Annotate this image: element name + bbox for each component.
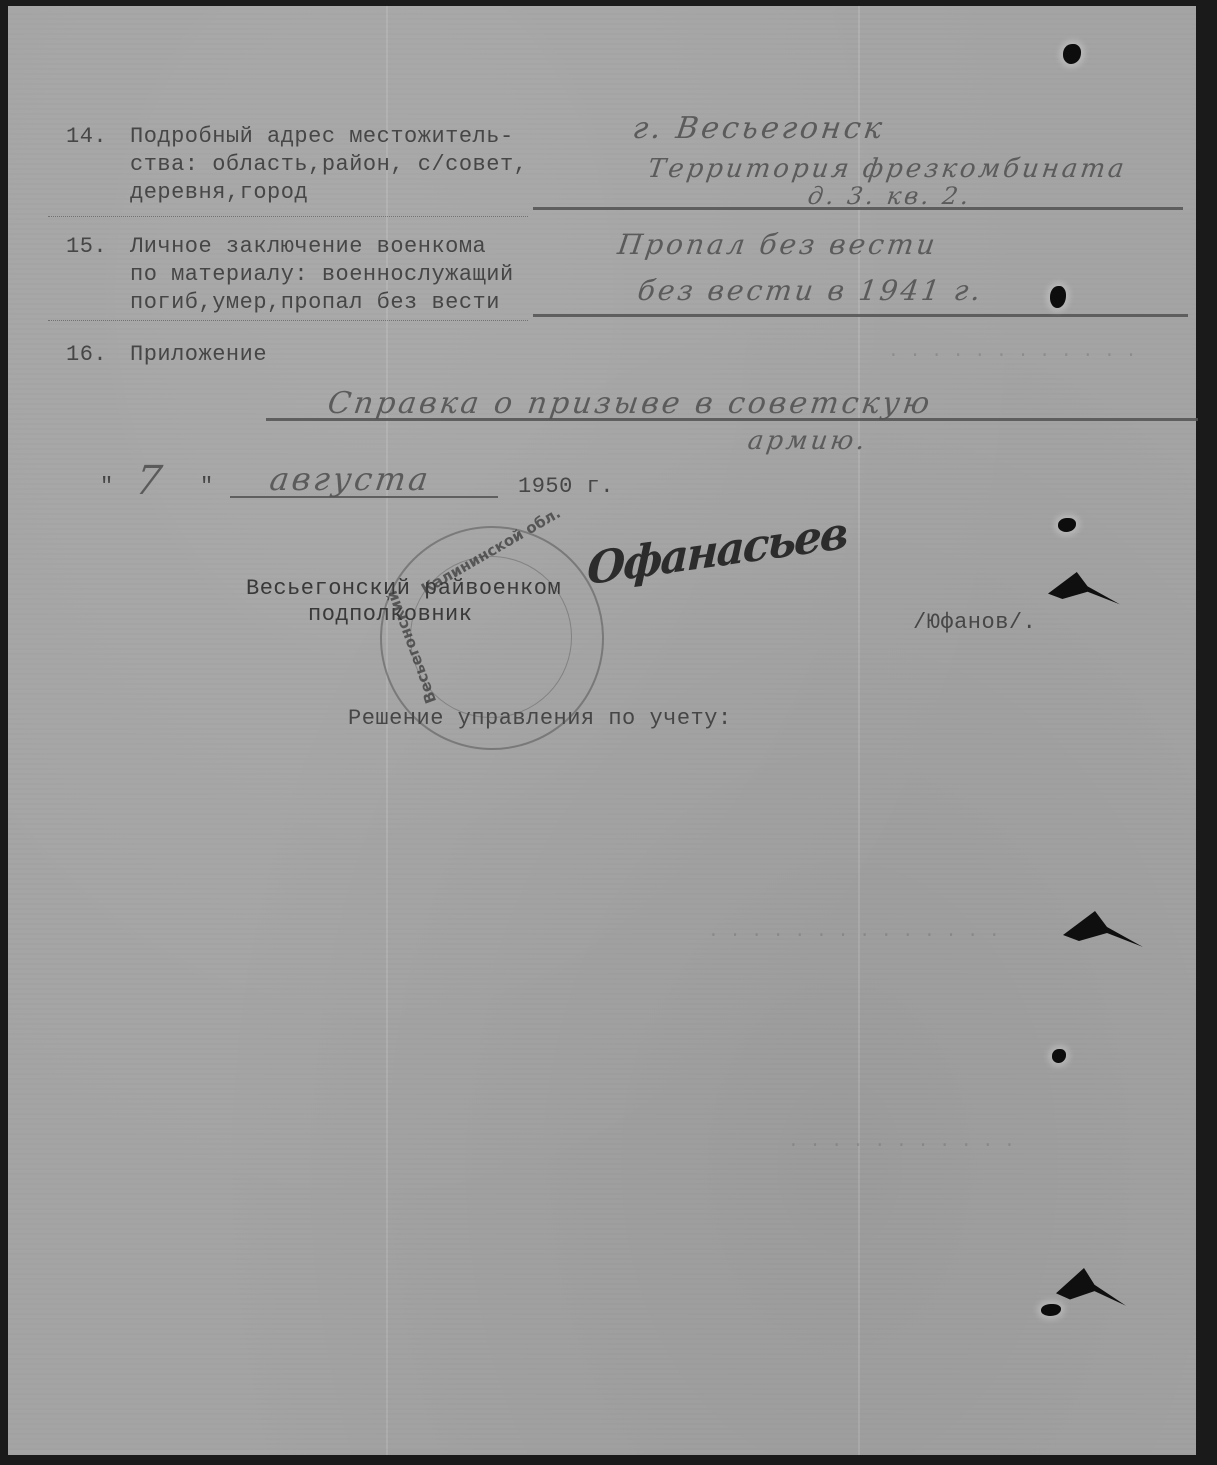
- field-15-handwritten-line-1: Пропал без вести: [616, 228, 940, 261]
- signature-text: Офанасьев: [586, 507, 847, 595]
- handwritten-signature: Офанасьев: [586, 526, 848, 577]
- field-14-label-line-1: Подробный адрес местожитель-: [130, 124, 514, 150]
- field-14-underline: [533, 207, 1183, 210]
- field-16-label: Приложение: [130, 342, 267, 368]
- date-month: августа: [267, 460, 433, 498]
- field-14-handwritten-line-2: Территория фрезкомбината: [646, 154, 1129, 184]
- field-14-label-line-3: деревня,город: [130, 180, 308, 206]
- bleed-through-text: · · · · · · · · · · · ·: [888, 346, 1136, 366]
- field-16-underline: [266, 418, 1198, 421]
- paper-tear: [1056, 1268, 1126, 1310]
- punch-hole: [1052, 1049, 1066, 1063]
- field-16-number: 16.: [66, 342, 107, 368]
- field-16-handwritten-line-1: Справка о призыве в советскую: [326, 386, 935, 421]
- paper-tear: [1063, 911, 1143, 951]
- row-separator: [48, 320, 528, 322]
- signatory-name: /Юфанов/.: [913, 610, 1036, 636]
- date-day: 7: [133, 458, 168, 504]
- decision-label: Решение управления по учету:: [348, 706, 732, 732]
- signatory-office: Весьегонский райвоенком: [246, 576, 561, 602]
- date-year: 1950 г.: [518, 474, 614, 500]
- punch-hole: [1063, 44, 1081, 64]
- paper-fold: [858, 6, 860, 1455]
- punch-hole: [1058, 518, 1076, 532]
- document-page: 14. Подробный адрес местожитель- ства: о…: [8, 6, 1196, 1455]
- field-14-handwritten-line-1: г. Весьегонск: [631, 111, 888, 146]
- signatory-rank: подполковник: [308, 602, 472, 628]
- field-14-number: 14.: [66, 124, 107, 150]
- row-separator: [48, 216, 528, 218]
- field-15-label-line-2: по материалу: военнослужащий: [130, 262, 514, 288]
- field-15-handwritten-line-2: без вести в 1941 г.: [636, 274, 986, 307]
- date-open-quote: ": [100, 474, 114, 500]
- bleed-through-text: · · · · · · · · · · ·: [788, 1136, 1015, 1156]
- punch-hole: [1041, 1304, 1061, 1316]
- field-14-label-line-2: ства: область,район, с/совет,: [130, 152, 527, 178]
- bleed-through-text: · · · · · · · · · · · · · ·: [708, 926, 1000, 946]
- field-14-handwritten-line-3: д. 3. кв. 2.: [806, 182, 973, 210]
- field-15-label-line-3: погиб,умер,пропал без вести: [130, 290, 500, 316]
- date-close-quote: ": [200, 474, 214, 500]
- field-15-underline: [533, 314, 1188, 317]
- punch-hole: [1050, 286, 1066, 308]
- paper-tear: [1048, 572, 1120, 608]
- field-15-label-line-1: Личное заключение военкома: [130, 234, 486, 260]
- date-month-underline: [230, 496, 498, 498]
- field-15-number: 15.: [66, 234, 107, 260]
- field-16-handwritten-line-2: армию.: [746, 426, 870, 456]
